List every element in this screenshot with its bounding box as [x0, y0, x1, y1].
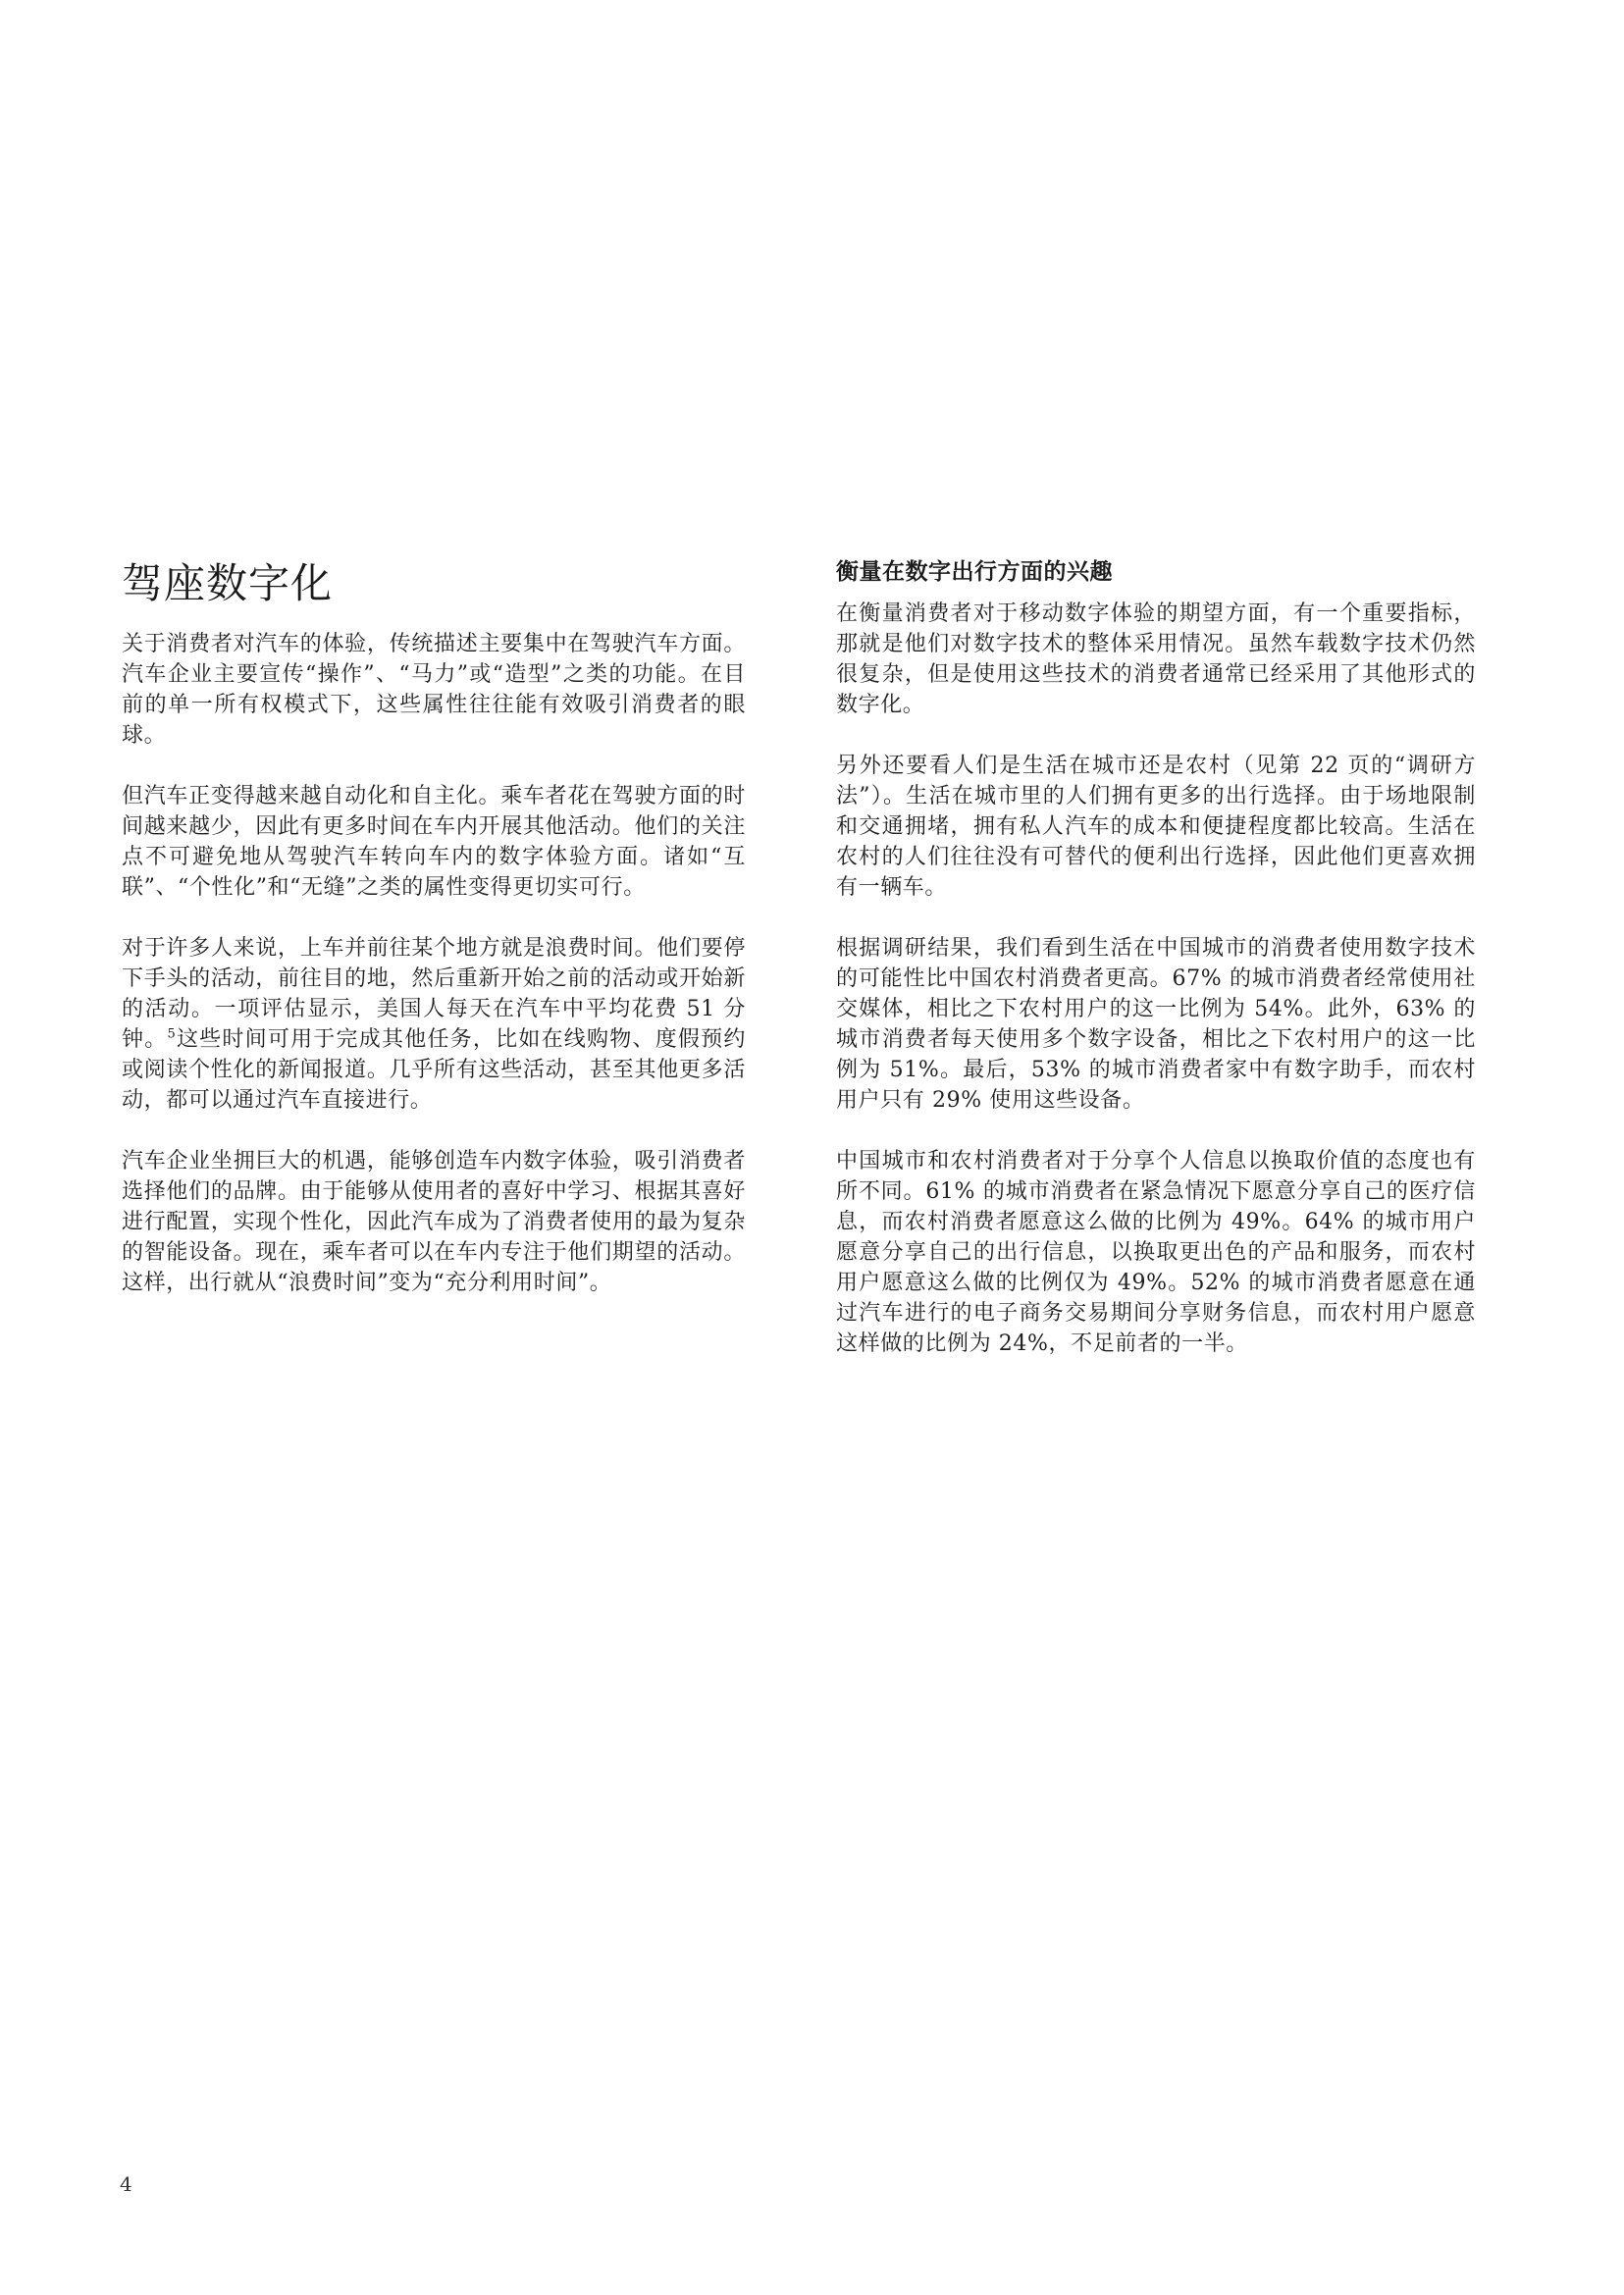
footnote-marker[interactable]: 5	[167, 1027, 176, 1042]
section-subtitle: 衡量在数字出行方面的兴趣	[836, 553, 1476, 591]
right-column: 衡量在数字出行方面的兴趣 在衡量消费者对于移动数字体验的期望方面，有一个重要指标…	[836, 553, 1476, 1389]
left-column: 驾座数字化 关于消费者对汽车的体验，传统描述主要集中在驾驶汽车方面。汽车企业主要…	[122, 555, 746, 1329]
paragraph-with-footnote: 对于许多人来说，上车并前往某个地方就是浪费时间。他们要停下手头的活动，前往目的地…	[122, 933, 746, 1116]
paragraph-text: 这些时间可用于完成其他任务，比如在线购物、度假预约或阅读个性化的新闻报道。几乎所…	[122, 1027, 746, 1113]
paragraph: 汽车企业坐拥巨大的机遇，能够创造车内数字体验，吸引消费者选择他们的品牌。由于能够…	[122, 1146, 746, 1298]
section-title: 驾座数字化	[122, 555, 746, 612]
paragraph: 关于消费者对汽车的体验，传统描述主要集中在驾驶汽车方面。汽车企业主要宣传“操作”…	[122, 629, 746, 751]
paragraph: 在衡量消费者对于移动数字体验的期望方面，有一个重要指标，那就是他们对数字技术的整…	[836, 599, 1476, 720]
document-page: 驾座数字化 关于消费者对汽车的体验，传统描述主要集中在驾驶汽车方面。汽车企业主要…	[0, 0, 1624, 2295]
paragraph: 根据调研结果，我们看到生活在中国城市的消费者使用数字技术的可能性比中国农村消费者…	[836, 933, 1476, 1116]
paragraph: 但汽车正变得越来越自动化和自主化。乘车者花在驾驶方面的时间越来越少，因此有更多时…	[122, 781, 746, 903]
paragraph: 中国城市和农村消费者对于分享个人信息以换取价值的态度也有所不同。61% 的城市消…	[836, 1146, 1476, 1359]
page-number: 4	[120, 2172, 132, 2196]
paragraph: 另外还要看人们是生活在城市还是农村（见第 22 页的“调研方法”）。生活在城市里…	[836, 751, 1476, 903]
